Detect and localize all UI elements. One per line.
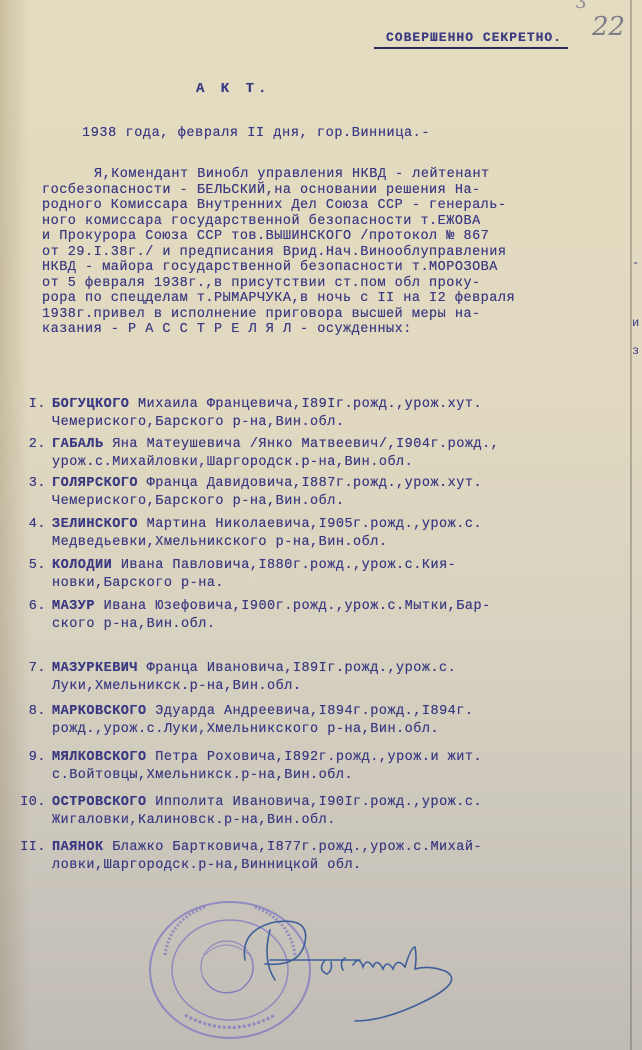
entry-continuation: ловки,Шаргородск.р-на,Винницкой обл. (8, 857, 482, 875)
entry-number: I0. (8, 794, 52, 812)
entry-number: 7. (8, 660, 52, 678)
entry-number: 3. (8, 475, 52, 493)
page-edge (630, 0, 632, 1050)
classification-text: СОВЕРШЕННО СЕКРЕТНО. (386, 30, 562, 45)
entry-number: 4. (8, 516, 52, 534)
convicted-entry: 8.МАРКОВСКОГО Эдуарда Андреевича,I894г.р… (8, 703, 473, 739)
body-line: Я,Комендант Винобл управления НКВД - лей… (42, 167, 622, 183)
entry-number: 9. (8, 749, 52, 767)
entry-details: Яна Матеушевича /Янко Матвеевич/,I904г.р… (104, 437, 500, 452)
document-title: А К Т. (196, 81, 270, 97)
entry-details: Петра Роховича,I892г.рожд.,урож.и жит. (147, 750, 482, 765)
entry-surname: МАРКОВСКОГО (52, 704, 147, 719)
convicted-entry: 7.МАЗУРКЕВИЧ Франца Ивановича,I89Iг.рожд… (8, 660, 456, 696)
entry-continuation: ского р-на,Вин.обл. (8, 616, 491, 634)
entry-first-line: 7.МАЗУРКЕВИЧ Франца Ивановича,I89Iг.рожд… (8, 661, 456, 676)
entry-surname: ПАЯНОК (52, 840, 104, 855)
entry-continuation: Жигаловки,Калиновск.р-на,Вин.обл. (8, 812, 482, 830)
entry-details: Михаила Францевича,I89Iг.рожд.,урож.хут. (129, 397, 482, 412)
convicted-entry: 9.МЯЛКОВСКОГО Петра Роховича,I892г.рожд.… (8, 749, 482, 785)
document-body: Я,Комендант Винобл управления НКВД - лей… (42, 167, 622, 338)
convicted-entry: 6.МАЗУР Ивана Юзефовича,I900г.рожд.,урож… (8, 598, 491, 634)
entry-number: 5. (8, 557, 52, 575)
entry-continuation: урож.с.Михайловки,Шаргородск.р-на,Вин.об… (8, 454, 499, 472)
entry-number: 2. (8, 436, 52, 454)
entry-first-line: I.БОГУЦКОГО Михаила Францевича,I89Iг.рож… (8, 397, 482, 412)
classification-header: СОВЕРШЕННО СЕКРЕТНО. (386, 30, 562, 45)
body-line: госбезопасности - БЕЛЬСКИЙ,на основании … (42, 183, 622, 199)
entry-number: 8. (8, 703, 52, 721)
entry-details: Мартина Николаевича,I905г.рожд.,урож.с. (138, 517, 482, 532)
convicted-entry: I0.ОСТРОВСКОГО Ипполита Ивановича,I90Iг.… (8, 794, 482, 830)
entry-first-line: II.ПАЯНОК Блажко Бартковича,I877г.рожд.,… (8, 840, 482, 855)
body-line: и Прокурора Союза ССР тов.ВЫШИНСКОГО /пр… (42, 229, 622, 245)
entry-surname: ЗЕЛИНСКОГО (52, 517, 138, 532)
body-line: от 29.I.38г./ и предписания Врид.Нач.Вин… (42, 245, 622, 261)
convicted-entry: I.БОГУЦКОГО Михаила Францевича,I89Iг.рож… (8, 396, 482, 432)
entry-surname: ГОЛЯРСКОГО (52, 476, 138, 491)
entry-details: Эдуарда Андреевича,I894г.рожд.,I894г. (147, 704, 474, 719)
entry-first-line: 9.МЯЛКОВСКОГО Петра Роховича,I892г.рожд.… (8, 750, 482, 765)
entry-surname: МЯЛКОВСКОГО (52, 750, 147, 765)
dateline: 1938 года, февраля II дня, гор.Винница.- (82, 126, 430, 141)
entry-surname: МАЗУР (52, 599, 95, 614)
entry-continuation: рожд.,урож.с.Луки,Хмельникского р-на,Вин… (8, 721, 473, 739)
body-line: родного Комиссара Внутренних Дел Союза С… (42, 198, 622, 214)
body-line: от 5 февраля 1938г.,в присутствии ст.пом… (42, 276, 622, 292)
body-line: казания - Р А С С Т Р Е Л Я Л - осужденн… (42, 322, 622, 338)
convicted-entry: 2.ГАБАЛЬ Яна Матеушевича /Янко Матвеевич… (8, 436, 499, 472)
entry-surname: ГАБАЛЬ (52, 437, 104, 452)
entry-first-line: 8.МАРКОВСКОГО Эдуарда Андреевича,I894г.р… (8, 704, 473, 719)
entry-number: I. (8, 396, 52, 414)
entry-details: Франца Давидовича,I887г.рожд.,урож.хут. (138, 476, 482, 491)
entry-continuation: Чемериского,Барского р-на,Вин.обл. (8, 414, 482, 432)
entry-first-line: 4.ЗЕЛИНСКОГО Мартина Николаевича,I905г.р… (8, 517, 482, 532)
body-line: ного комиссара государственной безопасно… (42, 214, 622, 230)
archive-page-number: 22 (592, 12, 625, 42)
signature-icon (225, 905, 475, 1025)
entry-first-line: 3.ГОЛЯРСКОГО Франца Давидовича,I887г.рож… (8, 476, 482, 491)
entry-details: Ипполита Ивановича,I90Iг.рожд.,урож.с. (147, 795, 482, 810)
archive-mark: 3 (575, 0, 586, 13)
body-line: рора по спецделам т.РЫМАРЧУКА,в ночь с I… (42, 291, 622, 307)
entry-surname: МАЗУРКЕВИЧ (52, 661, 138, 676)
entry-surname: БОГУЦКОГО (52, 397, 129, 412)
entry-details: Блажко Бартковича,I877г.рожд.,урож.с.Мих… (104, 840, 482, 855)
entry-number: II. (8, 839, 52, 857)
convicted-entry: II.ПАЯНОК Блажко Бартковича,I877г.рожд.,… (8, 839, 482, 875)
body-line: 1938г.привел в исполнение приговора высш… (42, 307, 622, 323)
entry-continuation: Медведьевки,Хмельникского р-на,Вин.обл. (8, 534, 482, 552)
classification-underline (374, 47, 568, 49)
convicted-entry: 5.КОЛОДИИ Ивана Павловича,I880г.рожд.,ур… (8, 557, 456, 593)
entry-details: Ивана Юзефовича,I900г.рожд.,урож.с.Мытки… (95, 599, 491, 614)
margin-marks: - и з (632, 256, 639, 358)
entry-details: Франца Ивановича,I89Iг.рожд.,урож.с. (138, 661, 456, 676)
convicted-entry: 3.ГОЛЯРСКОГО Франца Давидовича,I887г.рож… (8, 475, 482, 511)
entry-first-line: 6.МАЗУР Ивана Юзефовича,I900г.рожд.,урож… (8, 599, 491, 614)
entry-first-line: I0.ОСТРОВСКОГО Ипполита Ивановича,I90Iг.… (8, 795, 482, 810)
entry-number: 6. (8, 598, 52, 616)
entry-first-line: 2.ГАБАЛЬ Яна Матеушевича /Янко Матвеевич… (8, 437, 499, 452)
convicted-entry: 4.ЗЕЛИНСКОГО Мартина Николаевича,I905г.р… (8, 516, 482, 552)
entry-continuation: с.Войтовцы,Хмельникск.р-на,Вин.обл. (8, 767, 482, 785)
body-line: НКВД - майора государственной безопаснос… (42, 260, 622, 276)
entry-surname: КОЛОДИИ (52, 558, 112, 573)
entry-continuation: Луки,Хмельникск.р-на,Вин.обл. (8, 678, 456, 696)
entry-continuation: Чемериского,Барского р-на,Вин.обл. (8, 493, 482, 511)
entry-surname: ОСТРОВСКОГО (52, 795, 147, 810)
entry-details: Ивана Павловича,I880г.рожд.,урож.с.Кия- (112, 558, 456, 573)
entry-continuation: новки,Барского р-на. (8, 575, 456, 593)
entry-first-line: 5.КОЛОДИИ Ивана Павловича,I880г.рожд.,ур… (8, 558, 456, 573)
